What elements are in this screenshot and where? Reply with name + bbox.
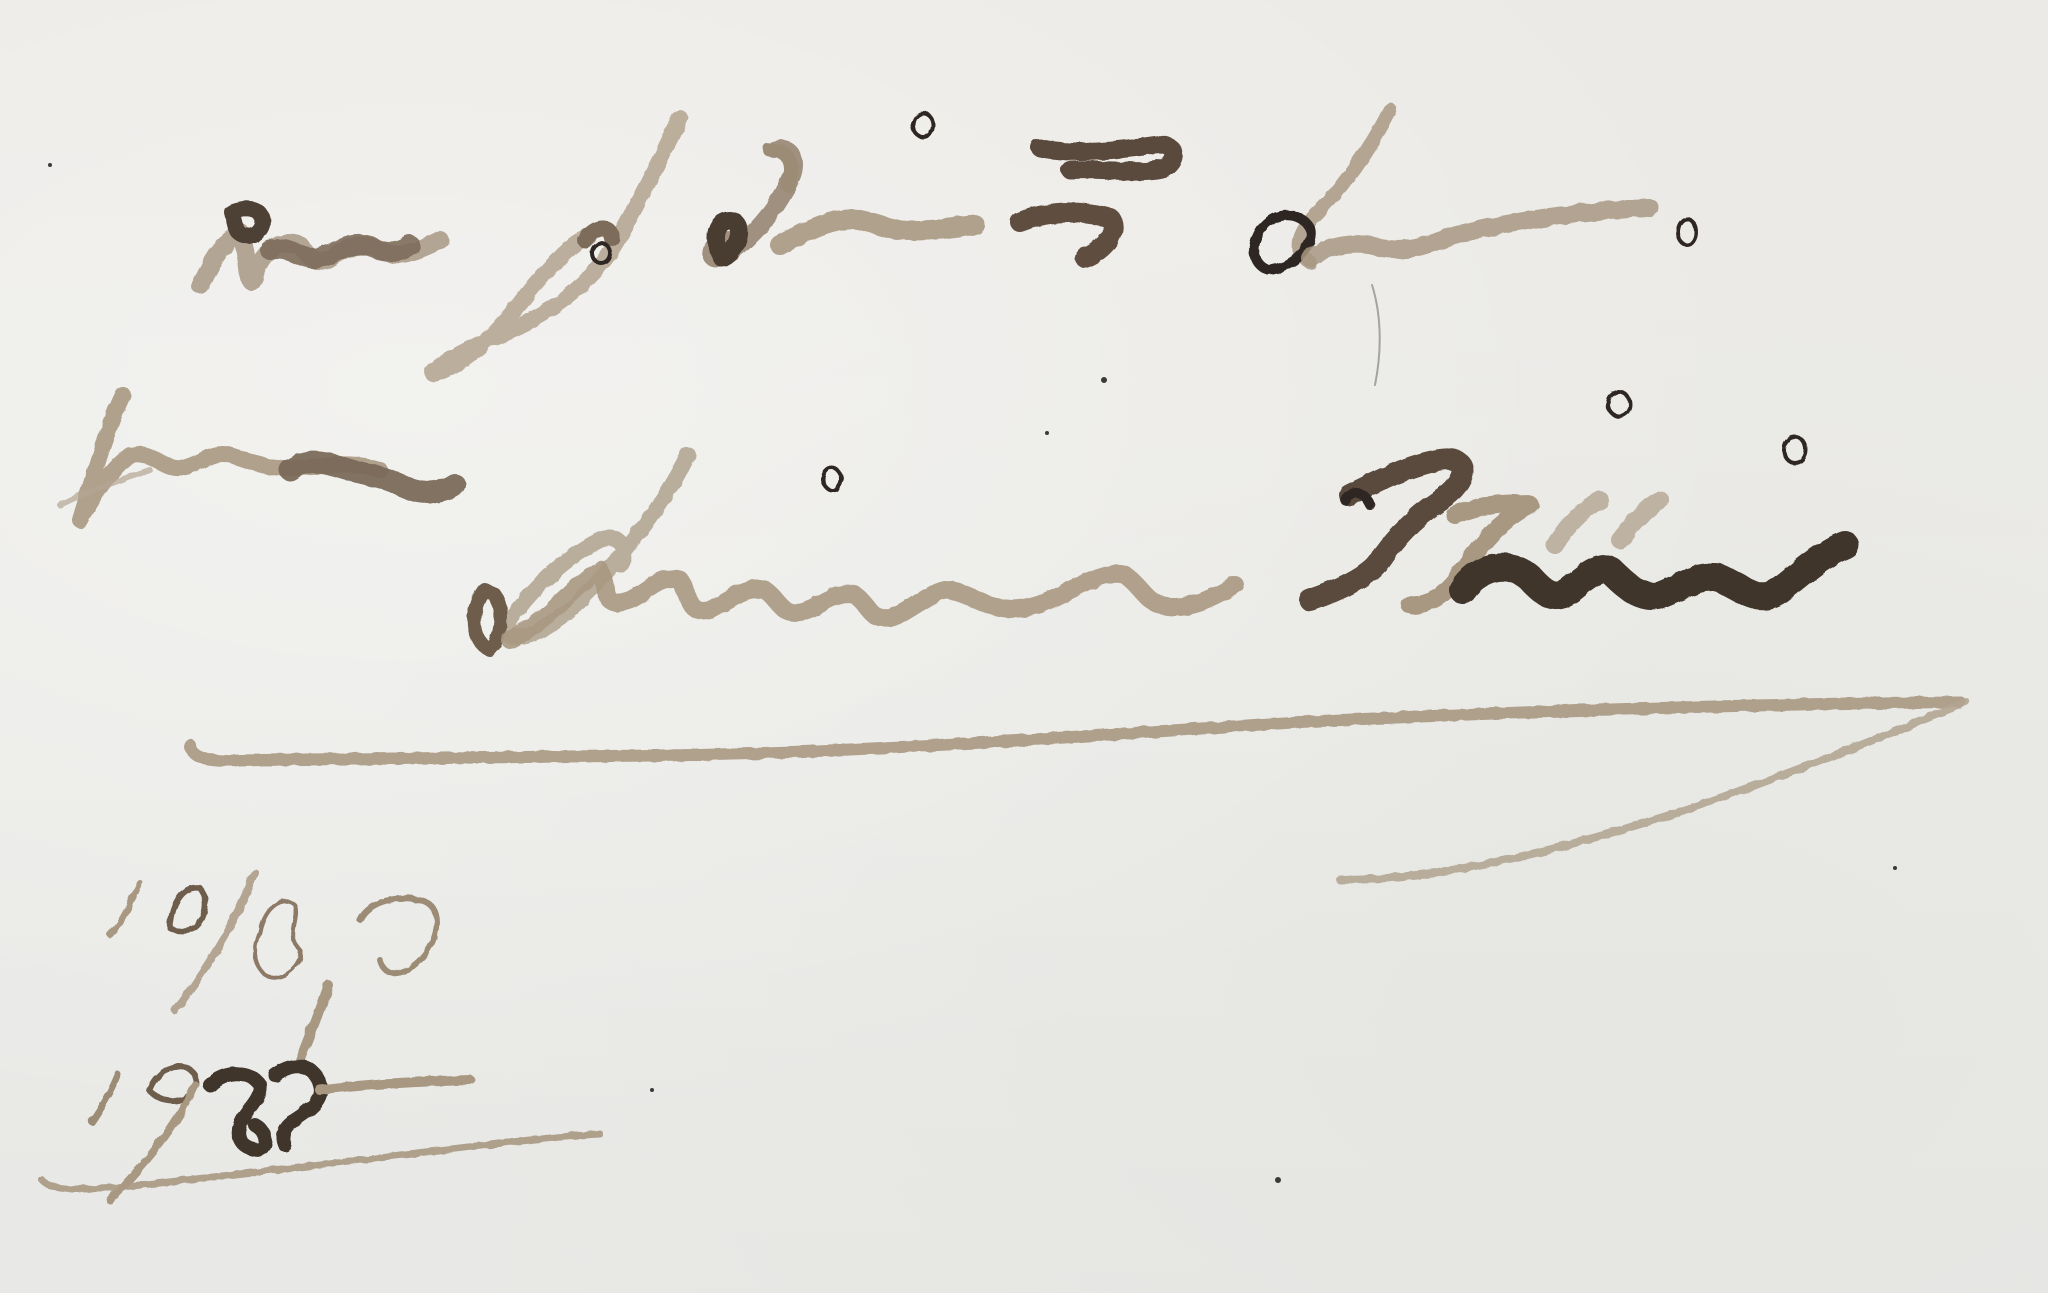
i-dot (913, 113, 933, 137)
i-dot-weiss-2 (1784, 437, 1806, 463)
paper-marks (48, 163, 1897, 1183)
underline-flourish (190, 702, 1966, 880)
date-handwriting (42, 873, 600, 1200)
recipient-handwriting (200, 110, 1696, 374)
i-dot-grimme (823, 468, 841, 490)
sender-handwriting (60, 392, 1845, 650)
handwriting (0, 0, 2048, 1293)
i-dot-weiss-1 (1608, 392, 1630, 416)
paper-card: Mr J. Victor Cast. from Grimme Weiss 10/… (0, 0, 2048, 1293)
final-period (1678, 219, 1696, 245)
